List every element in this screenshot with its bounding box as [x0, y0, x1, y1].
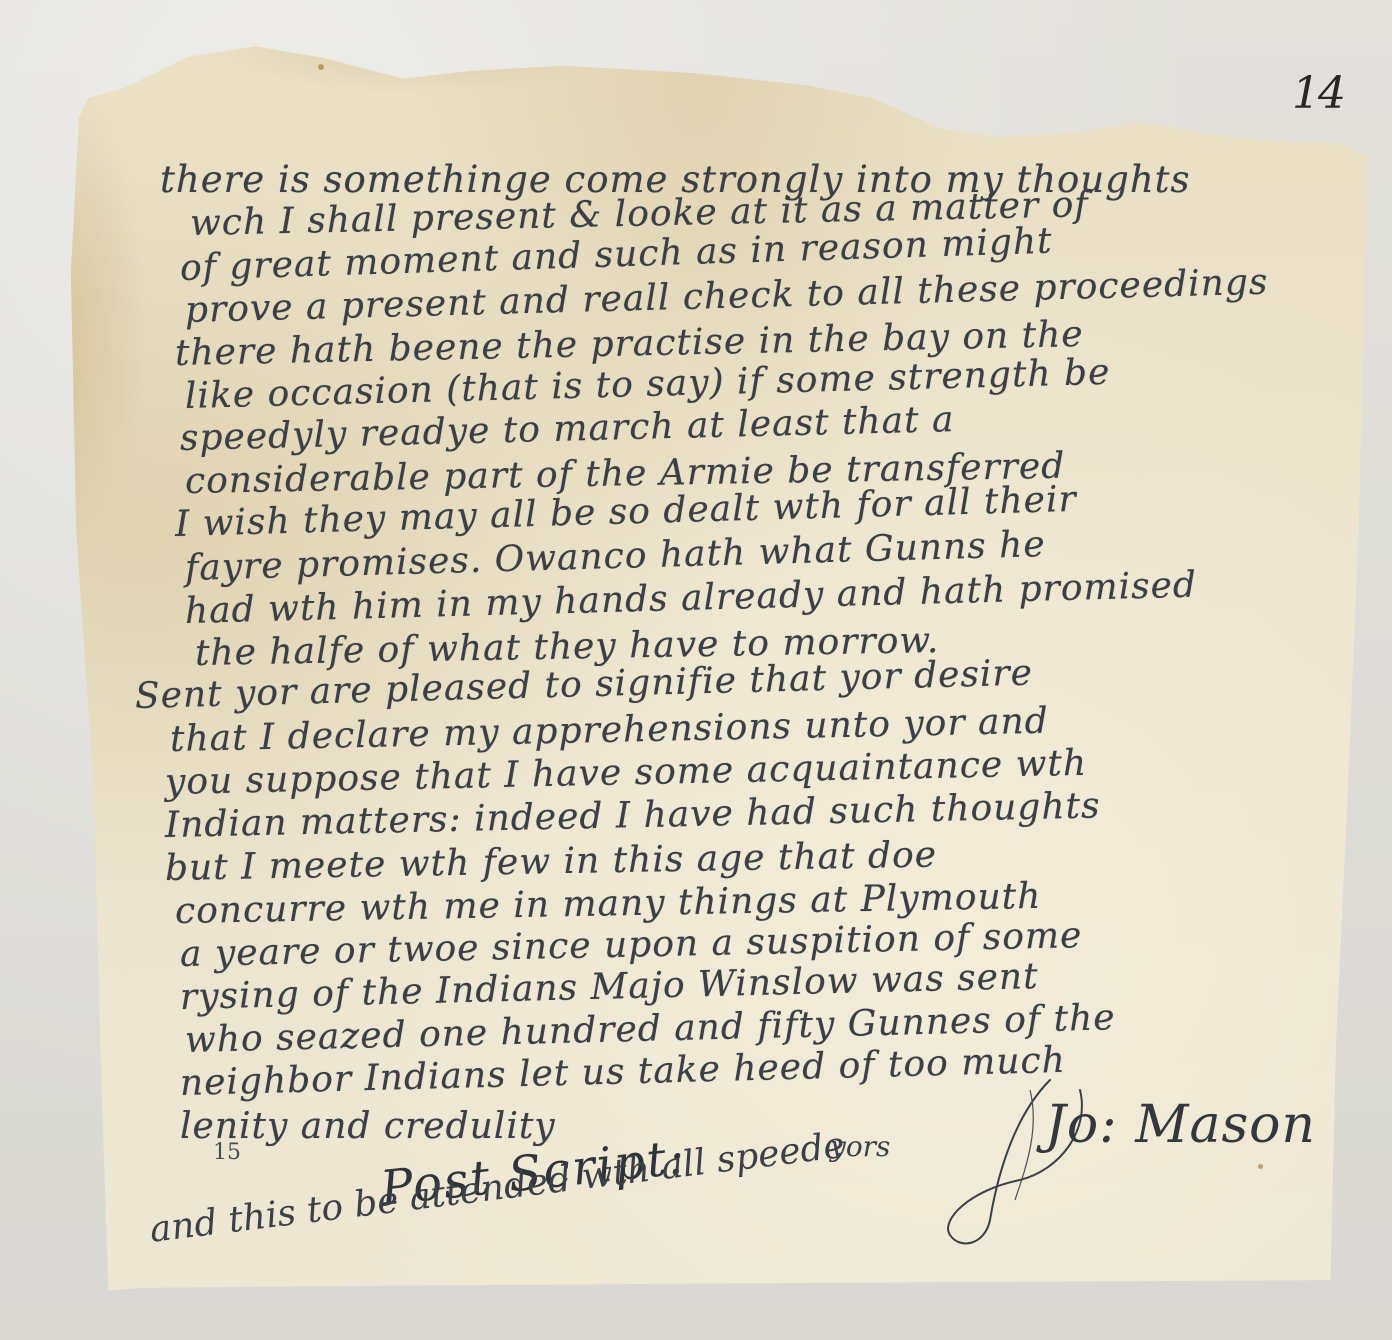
foxing-spot — [1258, 1164, 1263, 1169]
folio-number: 14 — [1292, 68, 1344, 119]
foxing-spot — [318, 64, 324, 70]
closing-yours: yors — [830, 1130, 890, 1163]
signature: Jo: Mason — [1045, 1095, 1316, 1155]
marginal-number: 15 — [213, 1140, 241, 1165]
